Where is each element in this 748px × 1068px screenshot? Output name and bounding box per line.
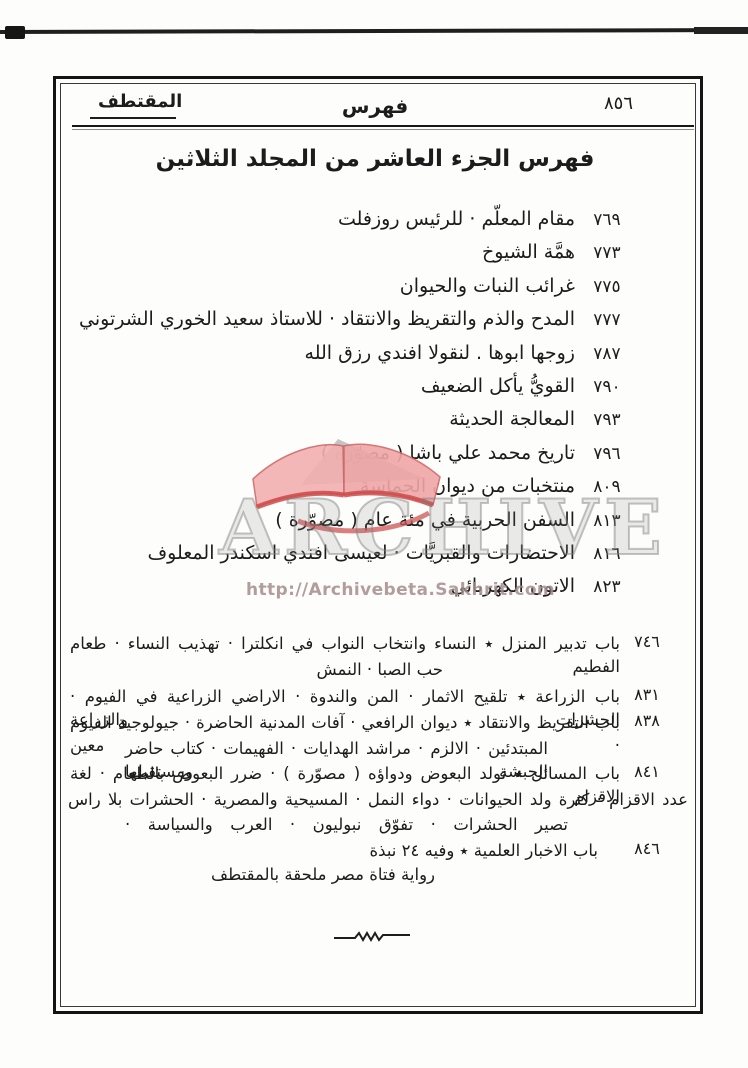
chapter-line: تصير الحشرات · تفوّق نبوليون · العرب وال…	[125, 813, 568, 836]
entry-title: غرائب النبات والحيوان	[125, 270, 587, 303]
header-rule-shadow	[72, 129, 694, 130]
index-entry-row: ٨٠٩ منتخبات من ديوان الحماسة	[125, 470, 627, 503]
index-entry-row: ٧٦٩ مقام المعلّم · للرئيس روزفلت	[125, 203, 627, 236]
index-entry-row: ٧٩٣ المعالجة الحديثة	[125, 403, 627, 436]
entry-title: المعالجة الحديثة	[125, 403, 587, 436]
entry-title: السفن الحربية في مئة عام ( مصوّرة )	[125, 504, 587, 537]
entry-page-number: ٧٨٧	[587, 338, 627, 371]
chapter-page-number: ٨٤١	[626, 762, 668, 781]
scan-corner-mark	[5, 26, 25, 39]
chapter-page-number: ٨٤٦	[626, 839, 668, 858]
entry-title: زوجها ابوها . لنقولا افندي رزق الله	[125, 337, 587, 370]
entry-page-number: ٨١٦	[587, 538, 627, 571]
chapter-line: عدد الاقزام · كثرة ولد الحيوانات · دواء …	[68, 788, 688, 811]
squiggle-divider	[333, 930, 411, 944]
index-entry-row: ٨١٣ السفن الحربية في مئة عام ( مصوّرة )	[125, 504, 627, 537]
index-entry-row: ٧٧٥ غرائب النبات والحيوان	[125, 270, 627, 303]
scanned-page: { "page_header": { "journal": "المقتطف",…	[0, 0, 748, 1068]
chapter-page-number: ٨٣١	[626, 685, 668, 704]
entry-title: القويُّ يأكل الضعيف	[125, 370, 587, 403]
entry-page-number: ٧٦٩	[587, 204, 627, 237]
entry-title: المدح والذم والتقريظ والانتقاد · للاستاذ…	[79, 303, 587, 336]
entry-page-number: ٧٩٣	[587, 404, 627, 437]
index-entry-row: ٧٨٧ زوجها ابوها . لنقولا افندي رزق الله	[125, 337, 627, 370]
entry-page-number: ٧٩٦	[587, 438, 627, 471]
entry-title: منتخبات من ديوان الحماسة	[125, 470, 587, 503]
index-entry-row: ٨١٦ الاحتضارات والقبريَّات · لعيسى افندي…	[125, 537, 627, 570]
header-rule	[72, 125, 694, 127]
page-title: فهرس الجزء العاشر من المجلد الثلاثين	[53, 146, 697, 172]
index-entry-row: ٨٢٣ الاتون الكهربائي	[125, 570, 627, 603]
chapter-page-number: ٨٣٨	[626, 711, 668, 730]
entry-page-number: ٧٧٥	[587, 271, 627, 304]
chapter-page-number: ٧٤٦	[626, 632, 668, 651]
entry-title: الاحتضارات والقبريَّات · لعيسى افندي اسك…	[125, 537, 587, 570]
entry-page-number: ٧٩٠	[587, 371, 627, 404]
entry-title: مقام المعلّم · للرئيس روزفلت	[125, 203, 587, 236]
entry-title: همَّة الشيوخ	[125, 236, 587, 269]
entry-page-number: ٨٢٣	[587, 571, 627, 604]
index-entry-row: ٧٧٣ همَّة الشيوخ	[125, 236, 627, 269]
entry-title: الاتون الكهربائي	[125, 570, 587, 603]
index-entry-row: ٧٩٠ القويُّ يأكل الضعيف	[125, 370, 627, 403]
entry-page-number: ٨٠٩	[587, 471, 627, 504]
index-entry-row: ٧٧٧ المدح والذم والتقريظ والانتقاد · للا…	[125, 303, 627, 336]
chapter-line: حب الصبا · النمش	[317, 658, 443, 681]
chapter-line: رواية فتاة مصر ملحقة بالمقتطف	[211, 863, 435, 886]
scan-edge-mark	[694, 27, 748, 34]
journal-name: المقتطف	[98, 91, 182, 112]
entry-page-number: ٧٧٧	[587, 304, 627, 337]
entry-page-number: ٧٧٣	[587, 237, 627, 270]
index-entry-row: ٧٩٦ تاريخ محمد علي باشا ( مصوّرة )	[125, 437, 627, 470]
entry-title: تاريخ محمد علي باشا ( مصوّرة )	[125, 437, 587, 470]
journal-name-underline	[90, 117, 176, 119]
running-head-fihris: فهرس	[340, 94, 410, 118]
page-number: ٨٥٦	[604, 93, 633, 114]
scan-edge-streak	[0, 28, 748, 34]
chapter-line: باب الاخبار العلمية ٭ وفيه ٢٤ نبذة	[70, 839, 598, 862]
index-entry-list: ٧٦٩ مقام المعلّم · للرئيس روزفلت ٧٧٣ همَ…	[125, 203, 627, 604]
entry-page-number: ٨١٣	[587, 505, 627, 538]
